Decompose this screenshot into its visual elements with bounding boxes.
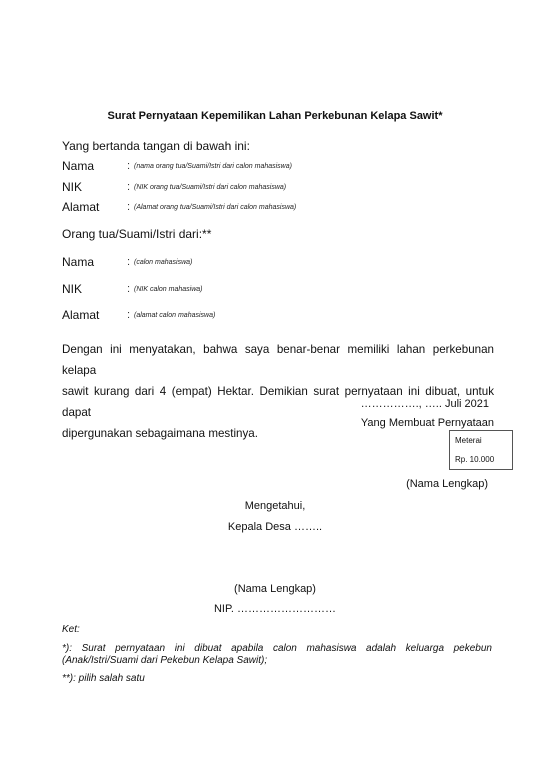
signer-nik-label: NIK	[62, 180, 82, 194]
student-name-label: Nama	[62, 255, 94, 269]
stamp-label: Meterai	[455, 436, 482, 445]
village-head-role: Kepala Desa ……..	[0, 521, 550, 533]
stamp-value: Rp. 10.000	[455, 455, 494, 464]
student-nik-colon: :	[127, 283, 130, 295]
notes-heading: Ket:	[62, 624, 492, 636]
signer-nik-hint[interactable]: (NIK orang tua/Suami/Istri dari calon ma…	[134, 184, 286, 191]
signer-address-colon: :	[127, 201, 130, 213]
note-item: *): Surat pernyataan ini dibuat apabila …	[62, 643, 492, 667]
village-head-name-placeholder: (Nama Lengkap)	[0, 583, 550, 595]
document-title: Surat Pernyataan Kepemilikan Lahan Perke…	[0, 110, 550, 122]
signer-name-placeholder: (Nama Lengkap)	[406, 478, 488, 490]
student-address-hint[interactable]: (alamat calon mahasiswa)	[134, 312, 215, 319]
student-name-hint[interactable]: (calon mahasiswa)	[134, 259, 192, 266]
acknowledgement-heading: Mengetahui,	[0, 500, 550, 512]
student-nik-label: NIK	[62, 282, 82, 296]
signer-address-label: Alamat	[62, 200, 99, 214]
signer-title: Yang Membuat Pernyataan	[361, 417, 494, 429]
village-head-nip: NIP. ………………………	[0, 603, 550, 615]
place-date: ……………., ….. Juli 2021	[361, 398, 489, 410]
student-nik-hint[interactable]: (NIK calon mahasiwa)	[134, 286, 202, 293]
intro-text: Yang bertanda tangan di bawah ini:	[62, 139, 250, 153]
note-item: **): pilih salah satu	[62, 673, 492, 685]
student-address-colon: :	[127, 309, 130, 321]
stamp-box: Meterai Rp. 10.000	[449, 430, 513, 470]
signer-name-label: Nama	[62, 159, 94, 173]
student-address-label: Alamat	[62, 308, 99, 322]
signer-name-hint[interactable]: (nama orang tua/Suami/Istri dari calon m…	[134, 163, 292, 170]
statement-line: Dengan ini menyatakan, bahwa saya benar-…	[62, 339, 494, 381]
signer-name-colon: :	[127, 160, 130, 172]
signer-address-hint[interactable]: (Alamat orang tua/Suami/Istri dari calon…	[134, 204, 296, 211]
student-name-colon: :	[127, 256, 130, 268]
signer-nik-colon: :	[127, 181, 130, 193]
relation-heading: Orang tua/Suami/Istri dari:**	[62, 227, 211, 241]
